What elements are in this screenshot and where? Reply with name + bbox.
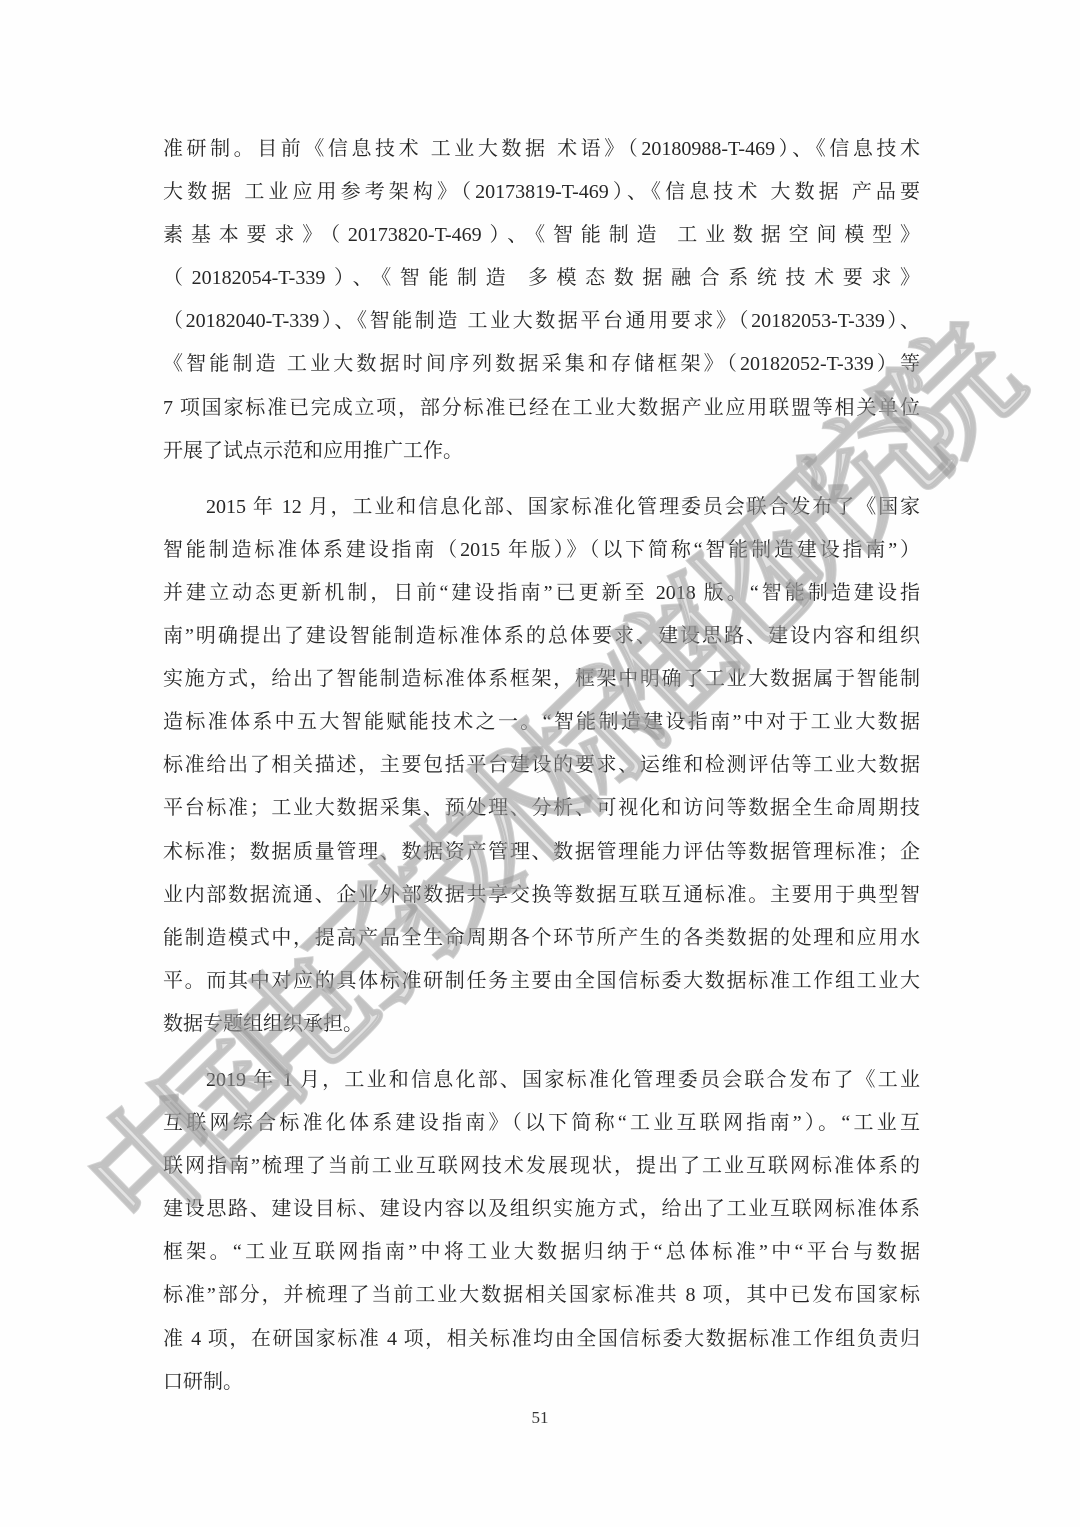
text-line: 实施方式，给出了智能制造标准体系框架，框架中明确了工业大数据属于智能制 [163,658,920,701]
text-line: 智能制造标准体系建设指南（2015 年版）》（以下简称“智能制造建设指南”） [163,529,920,572]
text-line: 开展了试点示范和应用推广工作。 [163,430,920,473]
document-page: 准研制。目前《信息技术 工业大数据 术语》（20180988-T-469）、《信… [0,0,1080,1527]
text-line: 能制造模式中，提高产品全生命周期各个环节所产生的各类数据的处理和应用水 [163,917,920,960]
text-line: 平。而其中对应的具体标准研制任务主要由全国信标委大数据标准工作组工业大 [163,960,920,1003]
text-line: 口研制。 [163,1361,920,1404]
text-line: 标准”部分，并梳理了当前工业大数据相关国家标准共 8 项，其中已发布国家标 [163,1274,920,1317]
text-line: 准 4 项，在研国家标准 4 项，相关标准均由全国信标委大数据标准工作组负责归 [163,1318,920,1361]
paragraph: 2015 年 12 月，工业和信息化部、国家标准化管理委员会联合发布了《国家 智… [163,486,920,1046]
text-line: 大数据 工业应用参考架构》（20173819-T-469）、《信息技术 大数据 … [163,171,920,214]
text-line: （20182054-T-339）、《智能制造 多模态数据融合系统技术要求》 [163,257,920,300]
text-line: 业内部数据流通、企业外部数据共享交换等数据互联互通标准。主要用于典型智 [163,874,920,917]
text-line: 术标准；数据质量管理、数据资产管理、数据管理能力评估等数据管理标准；企 [163,831,920,874]
paragraph: 准研制。目前《信息技术 工业大数据 术语》（20180988-T-469）、《信… [163,128,920,473]
text-line: 素基本要求》（20173820-T-469）、《智能制造 工业数据空间模型》 [163,214,920,257]
text-line: 7 项国家标准已完成立项，部分标准已经在工业大数据产业应用联盟等相关单位 [163,387,920,430]
text-line: 平台标准；工业大数据采集、预处理、分析、可视化和访问等数据全生命周期技 [163,787,920,830]
text-line: 框架。“工业互联网指南”中将工业大数据归纳于“总体标准”中“平台与数据 [163,1231,920,1274]
page-number: 51 [0,1408,1080,1428]
text-line: 南”明确提出了建设智能制造标准体系的总体要求、建设思路、建设内容和组织 [163,615,920,658]
text-line: （20182040-T-339）、《智能制造 工业大数据平台通用要求》（2018… [163,300,920,343]
text-line: 准研制。目前《信息技术 工业大数据 术语》（20180988-T-469）、《信… [163,128,920,171]
text-line: 建设思路、建设目标、建设内容以及组织实施方式，给出了工业互联网标准体系 [163,1188,920,1231]
text-line: 联网指南”梳理了当前工业互联网技术发展现状，提出了工业互联网标准体系的 [163,1145,920,1188]
page-body-text: 准研制。目前《信息技术 工业大数据 术语》（20180988-T-469）、《信… [163,128,920,1417]
text-line: 2019 年 1 月，工业和信息化部、国家标准化管理委员会联合发布了《工业 [163,1059,920,1102]
text-line: 造标准体系中五大智能赋能技术之一。“智能制造建设指南”中对于工业大数据 [163,701,920,744]
text-line: 2015 年 12 月，工业和信息化部、国家标准化管理委员会联合发布了《国家 [163,486,920,529]
text-line: 标准给出了相关描述，主要包括平台建设的要求、运维和检测评估等工业大数据 [163,744,920,787]
text-line: 并建立动态更新机制，日前“建设指南”已更新至 2018 版。“智能制造建设指 [163,572,920,615]
text-line: 《智能制造 工业大数据时间序列数据采集和存储框架》（20182052-T-339… [163,343,920,386]
paragraph: 2019 年 1 月，工业和信息化部、国家标准化管理委员会联合发布了《工业 互联… [163,1059,920,1404]
text-line: 数据专题组组织承担。 [163,1003,920,1046]
text-line: 互联网综合标准化体系建设指南》（以下简称“工业互联网指南”）。“工业互 [163,1102,920,1145]
